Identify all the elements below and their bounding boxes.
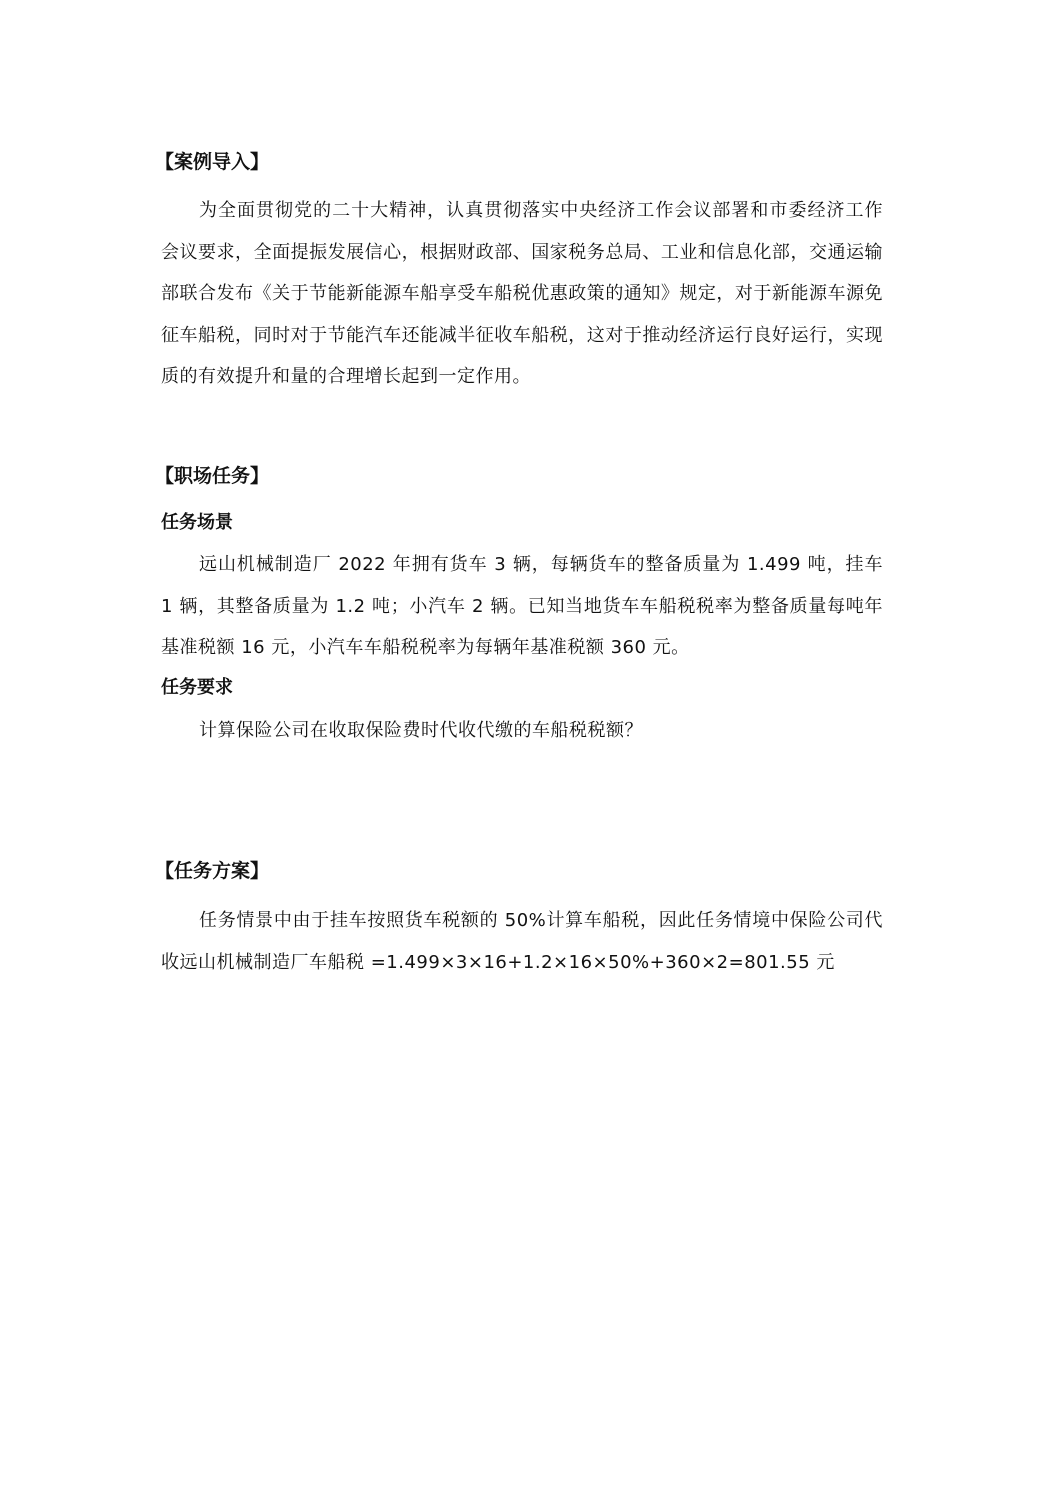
subheading-task-scenario: 任务场景 [161, 511, 233, 535]
task-solution-paragraph: 任务情景中由于挂车按照货车税额的 50%计算车船税，因此任务情境中保险公司代收远… [161, 900, 883, 983]
subheading-task-requirement: 任务要求 [161, 676, 233, 700]
case-introduction-paragraph: 为全面贯彻党的二十大精神，认真贯彻落实中央经济工作会议部署和市委经济工作会议要求… [161, 190, 883, 398]
document-page: 【案例导入】 为全面贯彻党的二十大精神，认真贯彻落实中央经济工作会议部署和市委经… [0, 0, 1059, 1497]
task-scenario-paragraph: 远山机械制造厂 2022 年拥有货车 3 辆，每辆货车的整备质量为 1.499 … [161, 544, 883, 669]
heading-workplace-task: 【职场任务】 [155, 464, 269, 488]
task-requirement-paragraph: 计算保险公司在收取保险费时代收代缴的车船税税额？ [161, 710, 883, 752]
heading-case-introduction: 【案例导入】 [155, 150, 269, 174]
heading-task-solution: 【任务方案】 [155, 859, 269, 883]
